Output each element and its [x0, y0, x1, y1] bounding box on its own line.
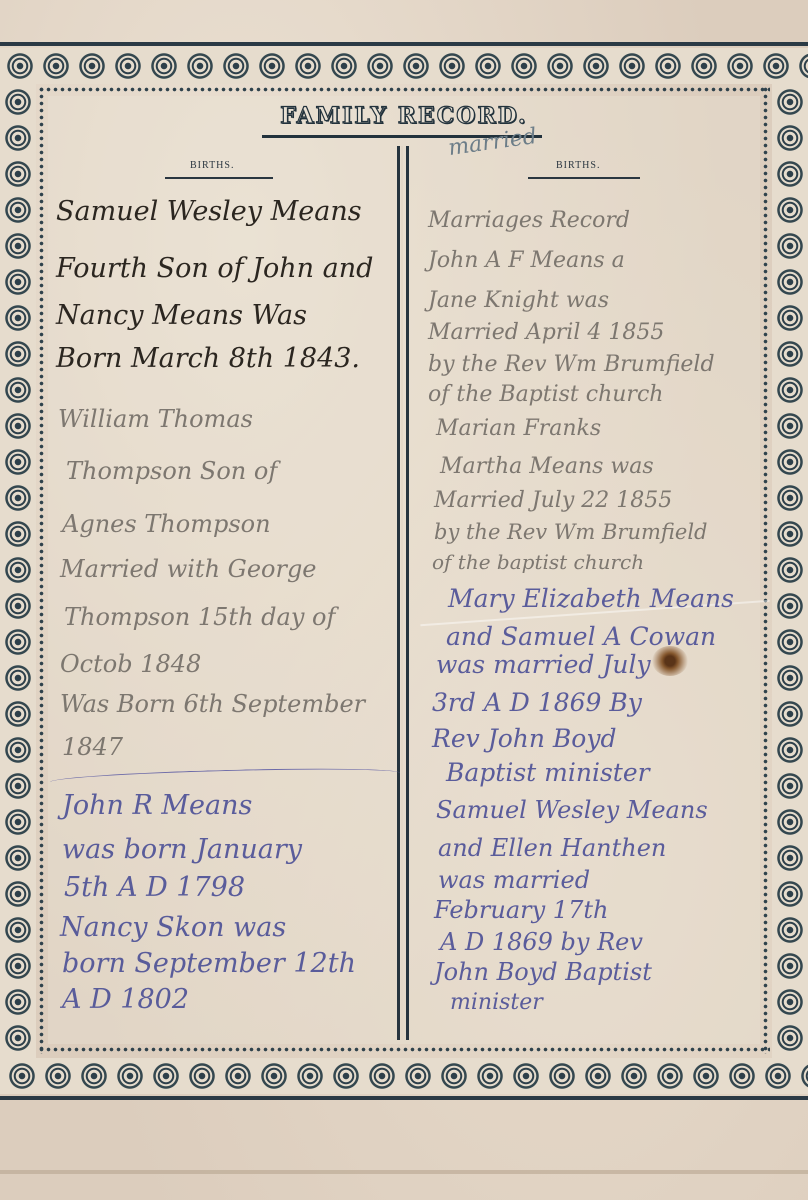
handwritten-line: Fourth Son of John and — [56, 253, 373, 284]
right-header-rule — [528, 177, 640, 179]
handwritten-line: A D 1802 — [62, 984, 189, 1015]
left-column-header: BIRTHS. — [190, 160, 234, 171]
handwritten-line: Martha Means was — [440, 454, 654, 479]
handwritten-line: John Boyd Baptist — [434, 958, 652, 986]
handwritten-line: of the Baptist church — [428, 382, 663, 407]
handwritten-line: A D 1869 by Rev — [440, 928, 643, 956]
page-title: FAMILY RECORD. — [0, 103, 808, 129]
ornamental-border-left — [0, 84, 36, 1058]
handwritten-line: was born January — [62, 834, 302, 865]
handwritten-line: Jane Knight was — [428, 288, 609, 313]
handwritten-line: William Thomas — [58, 405, 253, 433]
handwritten-line: by the Rev Wm Brumfield — [428, 352, 715, 377]
handwritten-line: Rev John Boyd — [432, 724, 616, 753]
handwritten-line: Was Born 6th September — [60, 690, 365, 718]
left-header-rule — [165, 177, 273, 179]
handwritten-line: Married with George — [60, 555, 317, 583]
handwritten-line: Married April 4 1855 — [428, 320, 664, 345]
handwritten-line: Married July 22 1855 — [434, 488, 672, 513]
handwritten-line: Baptist minister — [446, 758, 650, 787]
handwritten-line: Born March 8th 1843. — [56, 343, 360, 374]
inner-dot-border-right — [762, 86, 770, 1054]
ornamental-border-top — [0, 48, 808, 84]
ornamental-border-bottom — [0, 1058, 808, 1094]
handwritten-line: 1847 — [62, 733, 123, 761]
handwritten-line: by the Rev Wm Brumfield — [434, 520, 708, 544]
handwritten-line: Thompson 15th day of — [64, 603, 335, 631]
handwritten-line: Marian Franks — [436, 416, 601, 441]
handwritten-line: and Samuel A Cowan — [446, 622, 716, 651]
handwritten-line: Nancy Skon was — [60, 912, 286, 943]
handwritten-line: of the baptist church — [432, 550, 644, 574]
handwritten-line: Agnes Thompson — [62, 510, 271, 538]
inner-dot-border-top — [38, 86, 770, 94]
handwritten-line: Marriages Record — [428, 208, 630, 233]
handwritten-line: Samuel Wesley Means — [56, 196, 362, 227]
handwritten-line: Samuel Wesley Means — [436, 796, 708, 824]
inner-dot-border-bottom — [38, 1046, 770, 1054]
handwritten-line: born September 12th — [62, 948, 356, 979]
handwritten-line: 5th A D 1798 — [64, 872, 245, 903]
ornamental-border-right — [772, 84, 808, 1058]
frame-bottom-rule — [0, 1096, 808, 1100]
handwritten-line: minister — [450, 990, 543, 1015]
paper-edge — [0, 1170, 808, 1174]
handwritten-line: John R Means — [62, 790, 252, 821]
handwritten-line: was married July — [436, 650, 651, 679]
handwritten-line: 3rd A D 1869 By — [432, 688, 642, 717]
handwritten-line: and Ellen Hanthen — [438, 834, 666, 862]
inner-dot-border-left — [38, 86, 46, 1054]
handwritten-line: Thompson Son of — [66, 457, 277, 485]
right-column-header: BIRTHS. — [556, 160, 600, 171]
handwritten-line: John A F Means a — [428, 248, 625, 273]
handwritten-line: Mary Elizabeth Means — [448, 584, 734, 613]
handwritten-line: Nancy Means Was — [56, 300, 307, 331]
frame-top-rule — [0, 42, 808, 46]
handwritten-line: Octob 1848 — [60, 650, 201, 678]
handwritten-line: February 17th — [434, 896, 608, 924]
column-divider — [397, 146, 409, 1040]
handwritten-line: was married — [438, 866, 590, 894]
